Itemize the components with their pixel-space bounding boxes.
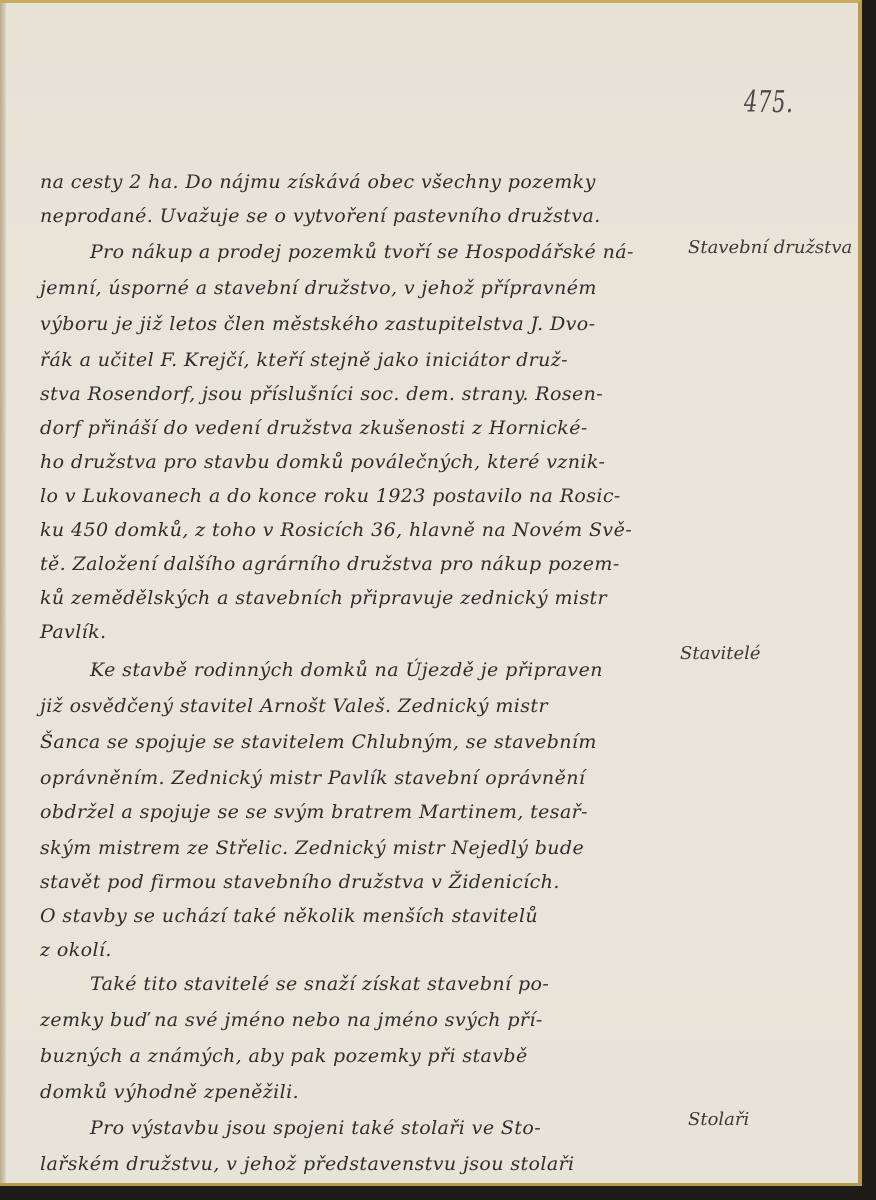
text-line: buzných a známých, aby pak pozemky při s… [40, 1045, 528, 1067]
text-line: neprodané. Uvažuje se o vytvoření pastev… [40, 205, 601, 227]
margin-note-stolari: Stolaři [688, 1109, 749, 1130]
text-line: ku 450 domků, z toho v Rosicích 36, hlav… [40, 519, 632, 541]
text-line: Šanca se spojuje se stavitelem Chlubným,… [40, 731, 597, 753]
manuscript-page: 475. na cesty 2 ha. Do nájmu získává obe… [0, 0, 862, 1186]
text-line: ským mistrem ze Střelic. Zednický mistr … [40, 837, 584, 859]
text-line: již osvědčený stavitel Arnošt Valeš. Zed… [40, 695, 548, 717]
text-line: lařském družstvu, v jehož představenstvu… [40, 1153, 575, 1175]
text-line: tě. Založení dalšího agrárního družstva … [40, 553, 620, 575]
text-line: stva Rosendorf, jsou příslušníci soc. de… [40, 383, 603, 405]
page-number: 475. [744, 85, 794, 120]
text-line: z okolí. [40, 939, 112, 961]
text-line: na cesty 2 ha. Do nájmu získává obec vše… [40, 171, 596, 193]
text-line: lo v Lukovanech a do konce roku 1923 pos… [40, 485, 621, 507]
text-line: jemní, úsporné a stavební družstvo, v je… [40, 277, 597, 299]
text-line: Pavlík. [40, 621, 107, 643]
margin-note-stavebni-druzstva: Stavební družstva [688, 237, 852, 258]
text-line: zemky buď na své jméno nebo na jméno svý… [40, 1009, 543, 1031]
text-line: Také tito stavitelé se snaží získat stav… [90, 973, 549, 995]
text-line: ků zemědělských a stavebních připravuje … [40, 587, 607, 609]
text-line: ho družstva pro stavbu domků poválečných… [40, 451, 605, 473]
page-binding-edge [0, 3, 6, 1183]
text-line: Ke stavbě rodinných domků na Újezdě je p… [90, 659, 603, 681]
text-line: Pro výstavbu jsou spojeni také stolaři v… [90, 1117, 541, 1139]
text-line: O stavby se uchází také několik menších … [40, 905, 538, 927]
text-line: stavět pod firmou stavebního družstva v … [40, 871, 560, 893]
text-line: domků výhodně zpeněžili. [40, 1081, 299, 1103]
text-line: Pro nákup a prodej pozemků tvoří se Hosp… [90, 241, 634, 263]
text-line: řák a učitel F. Krejčí, kteří stejně jak… [40, 349, 568, 371]
text-line: oprávněním. Zednický mistr Pavlík staveb… [40, 767, 585, 789]
text-line: výboru je již letos člen městského zastu… [40, 313, 595, 335]
margin-note-stavitele: Stavitelé [680, 643, 761, 664]
text-line: dorf přináší do vedení družstva zkušenos… [40, 417, 588, 439]
text-line: obdržel a spojuje se se svým bratrem Mar… [40, 801, 588, 823]
